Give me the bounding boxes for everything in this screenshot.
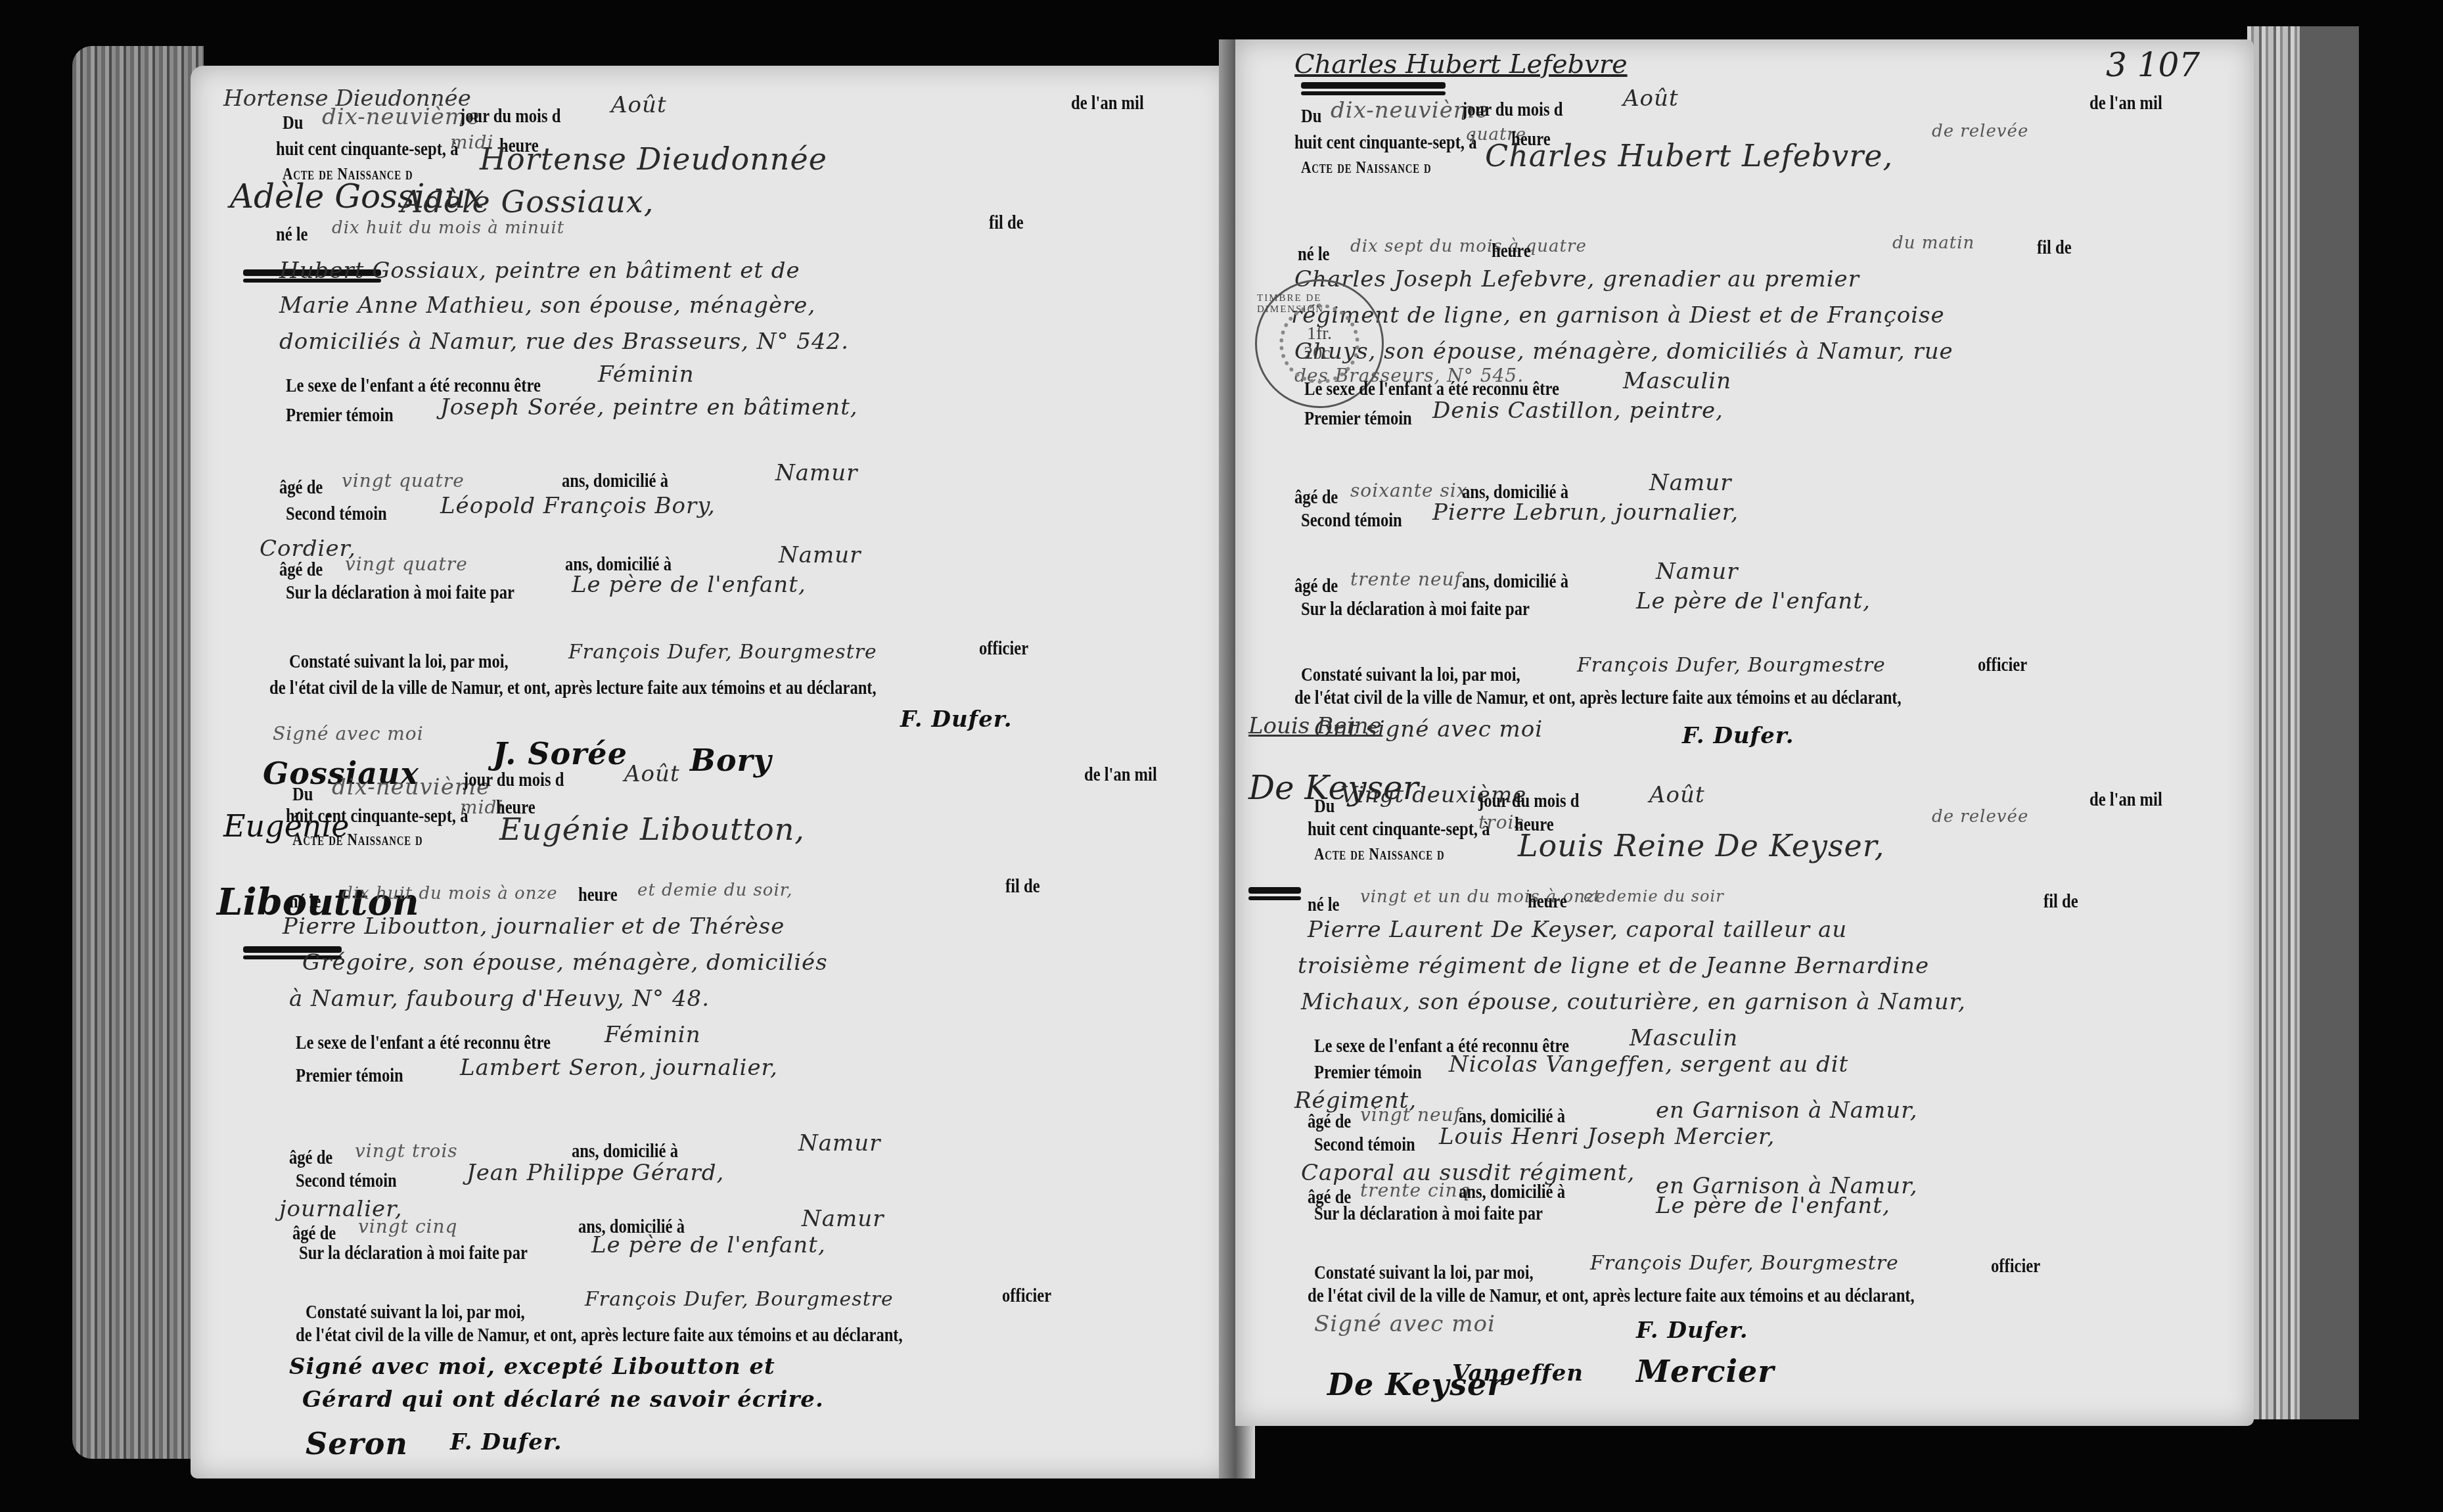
child-name: Hortense Dieudonnée <box>480 141 827 177</box>
closing-line: Signé avec moi, excepté Liboutton et <box>289 1354 775 1380</box>
parents-line: Ghuys, son épouse, ménagère, domiciliés … <box>1294 338 1953 365</box>
label-year: huit cent cinquante-sept, à <box>1308 818 1490 840</box>
label-ne-le: né le <box>276 223 308 246</box>
first-witness-age: soixante six <box>1350 480 1468 501</box>
label-sexe: Le sexe de l'enfant a été reconnu être <box>1304 378 1559 400</box>
entry-separator <box>1301 82 1446 97</box>
second-witness-age: vingt cinq <box>358 1216 457 1237</box>
label-declaration: Sur la déclaration à moi faite par <box>299 1242 528 1264</box>
child-name: Eugénie Liboutton, <box>499 812 805 847</box>
label-age: âgé de <box>279 559 323 581</box>
closing-formula: Signé avec moi <box>1314 1311 1495 1337</box>
signature: Bory <box>690 743 772 778</box>
entry-day: dix-neuvième <box>322 104 480 130</box>
label-premier-temoin: Premier témoin <box>1304 407 1412 430</box>
officer-name: François Dufer, Bourgmestre <box>1590 1252 1899 1275</box>
label-age: âgé de <box>1294 486 1338 509</box>
child-sex: Masculin <box>1630 1025 1738 1051</box>
parents-line: Michaux, son épouse, couturière, en garn… <box>1301 989 1966 1015</box>
label-du: Du <box>1314 795 1335 817</box>
label-year: huit cent cinquante-sept, à <box>1294 131 1476 154</box>
signature: Seron <box>306 1426 408 1461</box>
first-witness-age: vingt neuf <box>1360 1104 1461 1126</box>
entry-hour-suffix: de relevée <box>1932 122 2028 141</box>
signature: Vangeffen <box>1452 1360 1584 1386</box>
first-witness-home: Namur <box>798 1130 880 1157</box>
label-an-mil: de l'an mil <box>2089 789 2162 811</box>
margin-name: Charles Hubert Lefebvre <box>1294 49 1628 80</box>
signature: F. Dufer. <box>1636 1317 1748 1344</box>
label-jour-du-mois: jour du mois d <box>463 769 564 791</box>
parents-line: Pierre Laurent De Keyser, caporal taille… <box>1308 917 1847 943</box>
label-second-temoin: Second témoin <box>1301 509 1402 532</box>
label-etat-civil: de l'état civil de la ville de Namur, et… <box>269 677 877 699</box>
first-witness-age: vingt quatre <box>342 470 465 492</box>
first-witness-age: vingt trois <box>355 1140 458 1162</box>
declarant: Le père de l'enfant, <box>1636 588 1871 614</box>
second-witness-home: Namur <box>1656 559 1738 585</box>
label-domicilie: ans, domicilié à <box>1462 570 1568 593</box>
label-officier: officier <box>979 637 1028 660</box>
entry-separator <box>1248 887 1301 902</box>
tax-stamp-value: 20c. <box>1304 344 1335 363</box>
parents-line: Pierre Liboutton, journalier et de Thérè… <box>283 913 785 940</box>
label-fil-de: fil de <box>2043 890 2078 913</box>
entry-month: Août <box>1649 782 1705 808</box>
label-ne-le: né le <box>289 890 321 913</box>
first-witness: Nicolas Vangeffen, sergent au dit <box>1449 1051 1848 1078</box>
signature: J. Sorée <box>493 736 628 771</box>
birth-time-suffix: et demie du soir, <box>637 881 793 900</box>
label-declaration: Sur la déclaration à moi faite par <box>1314 1203 1543 1225</box>
label-officier: officier <box>1978 654 2027 676</box>
label-premier-temoin: Premier témoin <box>1314 1061 1422 1084</box>
second-witness-occupation: Cordier, <box>260 536 356 562</box>
label-sexe: Le sexe de l'enfant a été reconnu être <box>296 1032 551 1054</box>
label-ne-le: né le <box>1308 894 1340 916</box>
label-acte: Acte de Naissance d <box>1301 158 1432 177</box>
child-name: Louis Reine De Keyser, <box>1518 828 1884 863</box>
label-etat-civil: de l'état civil de la ville de Namur, et… <box>1294 687 1902 709</box>
label-sexe: Le sexe de l'enfant a été reconnu être <box>286 375 541 397</box>
label-heure: heure <box>1492 240 1531 262</box>
label-constate: Constaté suivant la loi, par moi, <box>289 651 509 673</box>
book-cover-edge <box>2300 26 2359 1419</box>
label-age: âgé de <box>1294 575 1338 597</box>
label-etat-civil: de l'état civil de la ville de Namur, et… <box>296 1324 903 1346</box>
label-an-mil: de l'an mil <box>1084 764 1157 786</box>
label-jour-du-mois: jour du mois d <box>460 105 560 127</box>
parents-line: Grégoire, son épouse, ménagère, domicili… <box>302 950 828 976</box>
label-acte: Acte de Naissance d <box>283 164 413 184</box>
signature: F. Dufer. <box>1682 723 1794 749</box>
closing-formula: Signé avec moi <box>273 723 424 745</box>
label-age: âgé de <box>292 1222 336 1245</box>
label-heure: heure <box>1528 890 1567 913</box>
tax-stamp-label: TIMBRE DE DIMENSION <box>1257 293 1382 315</box>
label-heure: heure <box>578 884 618 906</box>
child-name: Charles Hubert Lefebvre, <box>1485 138 1893 173</box>
birth-date: dix huit du mois à minuit <box>332 218 564 238</box>
parents-line: régiment de ligne, en garnison à Diest e… <box>1291 302 1945 329</box>
second-witness: Léopold François Bory, <box>440 493 716 519</box>
label-second-temoin: Second témoin <box>296 1170 397 1192</box>
second-witness-age: trente cinq <box>1360 1180 1471 1201</box>
book-page-edges-left <box>72 46 204 1459</box>
label-age: âgé de <box>279 476 323 499</box>
signature: F. Dufer. <box>450 1429 562 1455</box>
left-page: Hortense Dieudonnée Adèle Gossiaux Du di… <box>191 66 1229 1478</box>
first-witness-home: Namur <box>775 460 857 486</box>
label-age: âgé de <box>1308 1111 1351 1133</box>
label-acte: Acte de Naissance d <box>1314 844 1445 864</box>
label-jour-du-mois: jour du mois d <box>1478 790 1579 812</box>
first-witness: Lambert Seron, journalier, <box>460 1055 778 1081</box>
second-witness: Pierre Lebrun, journalier, <box>1432 499 1739 526</box>
first-witness: Joseph Sorée, peintre en bâtiment, <box>440 394 858 421</box>
parents-line: à Namur, faubourg d'Heuvy, N° 48. <box>289 986 710 1012</box>
label-constate: Constaté suivant la loi, par moi, <box>1301 664 1520 686</box>
label-domicilie: ans, domicilié à <box>562 470 668 492</box>
right-page: 3 107 Charles Hubert Lefebvre Du dix-neu… <box>1235 39 2254 1426</box>
label-domicilie: ans, domicilié à <box>572 1140 678 1162</box>
second-witness-age: vingt quatre <box>345 553 468 575</box>
label-fil-de: fil de <box>989 212 1024 234</box>
second-witness-home: Namur <box>779 542 861 568</box>
label-declaration: Sur la déclaration à moi faite par <box>1301 598 1530 620</box>
parents-line: Charles Joseph Lefebvre, grenadier au pr… <box>1294 266 1860 292</box>
officer-name: François Dufer, Bourgmestre <box>568 641 877 664</box>
margin-name: Louis Reine <box>1248 713 1382 739</box>
child-sex: Masculin <box>1623 368 1731 394</box>
parents-line: Marie Anne Mathieu, son épouse, ménagère… <box>279 292 815 319</box>
birth-date: dix huit du mois à onze <box>342 884 558 904</box>
declarant: Le père de l'enfant, <box>1656 1193 1890 1219</box>
label-fil-de: fil de <box>2037 237 2072 259</box>
label-premier-temoin: Premier témoin <box>296 1065 403 1087</box>
entry-month: Août <box>624 761 680 787</box>
child-sex: Féminin <box>598 361 695 388</box>
book-page-edges-right <box>2247 26 2359 1419</box>
label-premier-temoin: Premier témoin <box>286 404 394 426</box>
second-witness: Louis Henri Joseph Mercier, <box>1439 1124 1775 1150</box>
label-age: âgé de <box>289 1147 332 1169</box>
label-ne-le: né le <box>1298 243 1330 265</box>
label-declaration: Sur la déclaration à moi faite par <box>286 582 514 604</box>
parents-line: troisième régiment de ligne et de Jeanne… <box>1298 953 1929 979</box>
first-witness-home: en Garnison à Namur, <box>1656 1097 1917 1124</box>
birth-time-suffix: du matin <box>1892 233 1975 253</box>
birth-time-suffix: et demie du soir <box>1584 887 1724 905</box>
label-year: huit cent cinquante-sept, à <box>286 805 468 827</box>
label-second-temoin: Second témoin <box>1314 1134 1415 1156</box>
label-fil-de: fil de <box>1005 875 1040 898</box>
officer-name: François Dufer, Bourgmestre <box>1577 654 1886 677</box>
child-name-continued: Adèle Gossiaux, <box>401 184 654 219</box>
first-witness: Denis Castillon, peintre, <box>1432 398 1724 424</box>
wreath-icon: 1fr. 20c. <box>1279 304 1359 384</box>
label-constate: Constaté suivant la loi, par moi, <box>306 1301 525 1323</box>
label-acte: Acte de Naissance d <box>292 830 423 850</box>
first-witness-home: Namur <box>1649 470 1731 496</box>
label-constate: Constaté suivant la loi, par moi, <box>1314 1262 1534 1284</box>
entry-month: Août <box>611 92 667 118</box>
label-jour-du-mois: jour du mois d <box>1462 99 1563 121</box>
label-du: Du <box>292 783 313 806</box>
declarant: Le père de l'enfant, <box>591 1232 826 1258</box>
tax-stamp-value: 1fr. <box>1307 324 1332 344</box>
closing-line: Gérard qui ont déclaré ne savoir écrire. <box>302 1386 824 1413</box>
entry-hour-suffix: de relevée <box>1932 807 2028 827</box>
label-du: Du <box>283 112 303 134</box>
parents-line: domiciliés à Namur, rue des Brasseurs, N… <box>279 329 849 355</box>
label-domicilie: ans, domicilié à <box>1459 1181 1565 1203</box>
label-etat-civil: de l'état civil de la ville de Namur, et… <box>1308 1285 1915 1307</box>
officer-name: François Dufer, Bourgmestre <box>585 1288 894 1311</box>
child-sex: Féminin <box>605 1022 701 1048</box>
second-witness-home: Namur <box>802 1206 884 1232</box>
label-an-mil: de l'an mil <box>2089 92 2162 114</box>
birth-date: dix sept du mois à quatre <box>1350 237 1587 256</box>
label-du: Du <box>1301 105 1321 127</box>
label-second-temoin: Second témoin <box>286 503 387 525</box>
parents-line: Hubert Gossiaux, peintre en bâtiment et … <box>279 258 800 284</box>
second-witness: Jean Philippe Gérard, <box>467 1160 724 1186</box>
label-officier: officier <box>1002 1285 1051 1307</box>
declarant: Le père de l'enfant, <box>572 572 806 598</box>
signature: Mercier <box>1636 1354 1774 1389</box>
page-number: 3 107 <box>2106 46 2200 84</box>
entry-month: Août <box>1623 85 1679 112</box>
label-officier: officier <box>1991 1255 2040 1277</box>
label-year: huit cent cinquante-sept, à <box>276 138 458 160</box>
birth-date: vingt et un du mois à onze <box>1360 887 1606 907</box>
label-an-mil: de l'an mil <box>1071 92 1144 114</box>
signature: F. Dufer. <box>900 706 1012 733</box>
second-witness-age: trente neuf <box>1350 568 1462 590</box>
